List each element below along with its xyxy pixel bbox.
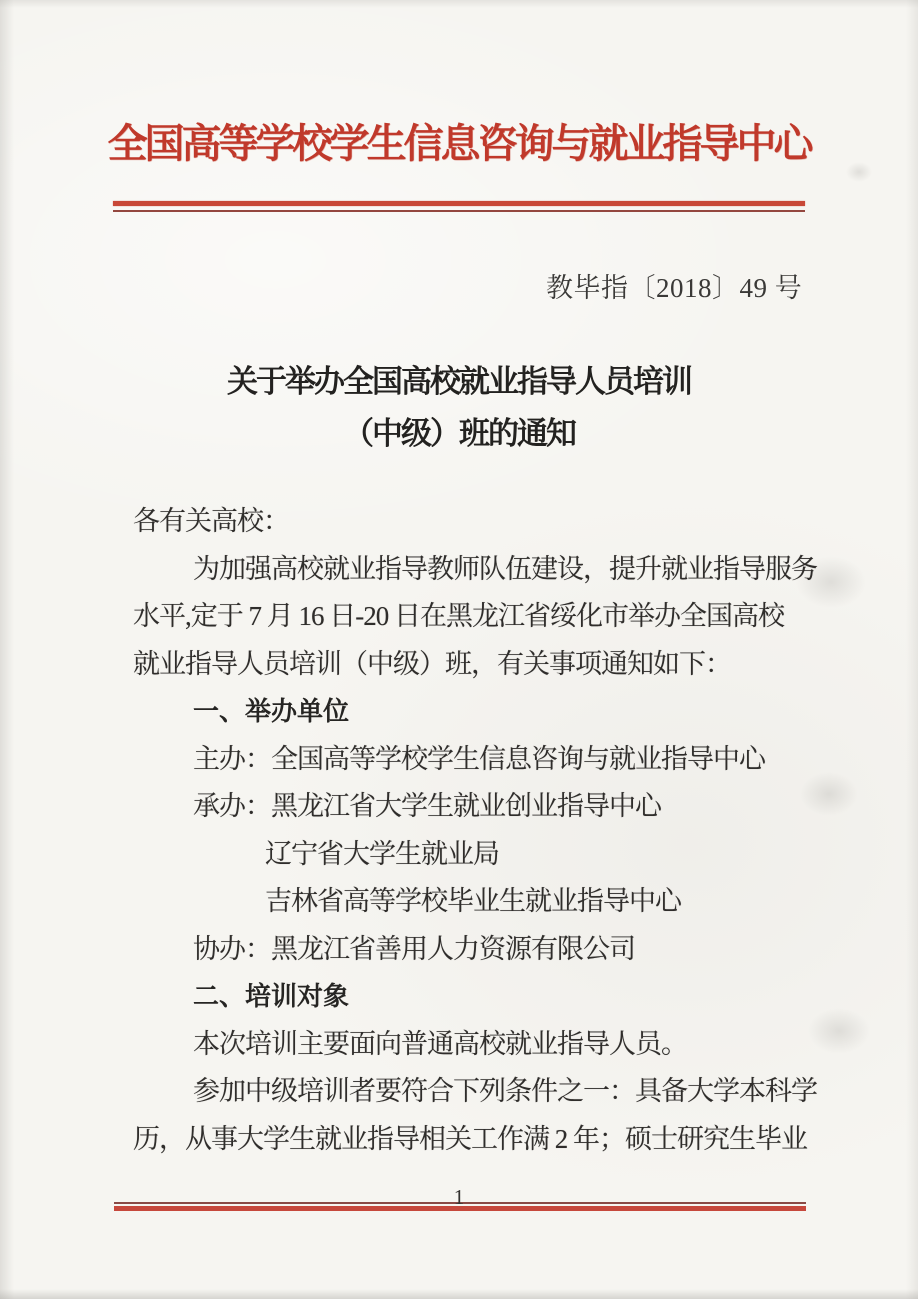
scan-smudge (808, 1008, 870, 1054)
intro-paragraph-line-1: 为加强高校就业指导教师队伍建设，提升就业指导服务 (193, 546, 805, 594)
scan-edge-right (906, 0, 918, 1299)
requirements-line-2: 历，从事大学生就业指导相关工作满 2 年；硕士研究生毕业 (133, 1116, 805, 1164)
letterhead-rule-thin (113, 210, 805, 212)
intro-paragraph-line-3: 就业指导人员培训（中级）班，有关事项通知如下： (133, 641, 805, 689)
salutation-line: 各有关高校： (133, 498, 805, 546)
section-2-heading: 二、培训对象 (193, 973, 805, 1021)
scan-smudge (800, 772, 858, 816)
intro-paragraph-line-2: 水平,定于 7 月 16 日-20 日在黑龙江省绥化市举办全国高校 (133, 593, 805, 641)
document-title-line-1: 关于举办全国高校就业指导人员培训 (0, 356, 918, 408)
section-1-heading: 一、举办单位 (193, 688, 805, 736)
document-title-line-2: （中级）班的通知 (0, 408, 918, 460)
scan-edge-top (0, 0, 918, 8)
co-organizer-line: 协办：黑龙江省善用人力资源有限公司 (193, 926, 805, 974)
scan-edge-bottom (0, 1289, 918, 1299)
scanned-notice-page: 全国高等学校学生信息咨询与就业指导中心 教毕指〔2018〕49 号 关于举办全国… (0, 0, 918, 1299)
page-number: 1 (0, 1185, 918, 1210)
trainee-scope-line: 本次培训主要面向普通高校就业指导人员。 (193, 1021, 805, 1069)
letterhead-org-name: 全国高等学校学生信息咨询与就业指导中心 (0, 116, 918, 172)
scan-edge-left (0, 0, 14, 1299)
organizer-line: 主办：全国高等学校学生信息咨询与就业指导中心 (193, 736, 805, 784)
document-body: 各有关高校： 为加强高校就业指导教师队伍建设，提升就业指导服务 水平,定于 7 … (133, 498, 805, 1163)
requirements-line-1: 参加中级培训者要符合下列条件之一：具备大学本科学 (193, 1068, 805, 1116)
undertaker-line-2: 辽宁省大学生就业局 (265, 831, 805, 879)
undertaker-line-1: 承办：黑龙江省大学生就业创业指导中心 (193, 783, 805, 831)
undertaker-line-3: 吉林省高等学校毕业生就业指导中心 (265, 878, 805, 926)
document-title: 关于举办全国高校就业指导人员培训 （中级）班的通知 (0, 356, 918, 460)
document-number: 教毕指〔2018〕49 号 (546, 266, 802, 305)
letterhead-rule-thick (113, 201, 805, 206)
